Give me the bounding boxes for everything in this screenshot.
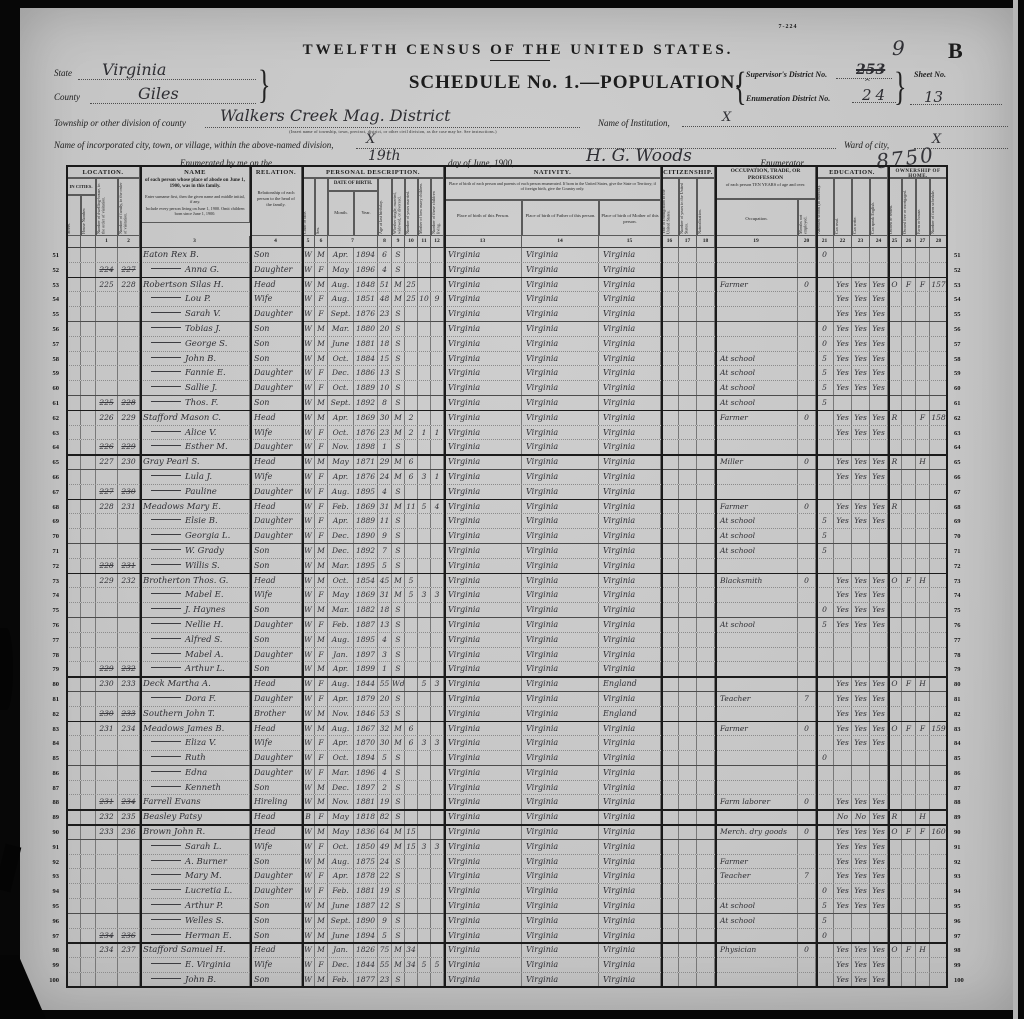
cell-color: W	[302, 707, 315, 721]
cell-free-mortgaged	[902, 751, 916, 765]
cell-months-not-employed: 7	[798, 692, 816, 706]
table-row: 66Lula J.WifeWFApr.187624M631VirginiaVir…	[42, 470, 972, 485]
cell-name: John B.	[140, 973, 250, 987]
cell-attended-school	[816, 795, 834, 809]
cell-children-living	[431, 381, 444, 395]
cell-can-write: Yes	[852, 795, 870, 809]
cell-can-write	[852, 440, 870, 454]
cell-occupation: Blacksmith	[715, 574, 798, 588]
cell-birth-year: 1881	[354, 884, 378, 898]
cell-dwelling: 227	[96, 485, 118, 499]
table-row: 52224227Anna G.DaughterWFMay18964SVirgin…	[42, 263, 972, 278]
line-number-right: 60	[948, 381, 970, 396]
cell-children-living	[431, 662, 444, 676]
cell-children-living	[431, 411, 444, 425]
cell-age: 24	[378, 855, 392, 869]
cell-occupation	[715, 307, 798, 321]
cell-can-speak	[870, 662, 888, 676]
in-cities-label: IN CITIES.	[66, 178, 96, 195]
cell-house	[81, 603, 96, 617]
cell-house	[81, 943, 96, 957]
cell-owned-rented	[888, 914, 902, 928]
state-label: State	[54, 68, 72, 78]
cell-pob: Virginia	[444, 707, 522, 721]
line-number-right: 76	[948, 618, 970, 633]
cell-marital: M	[392, 825, 405, 839]
surname-ditto-mark	[151, 934, 181, 935]
cell-birth-year: 1848	[354, 278, 378, 292]
cell-immigration	[661, 825, 679, 839]
cell-farm-house: F	[916, 278, 930, 292]
cell-owned-rented	[888, 529, 902, 543]
line-number-left: 75	[42, 603, 66, 618]
cell-can-write: Yes	[852, 884, 870, 898]
institution-line	[682, 126, 1008, 127]
table-row: 51Eaton Rex B.SonWMApr.18946SVirginiaVir…	[42, 248, 972, 263]
cell-free-mortgaged	[902, 781, 916, 795]
cell-marital: S	[392, 884, 405, 898]
line-number-right: 91	[948, 840, 970, 855]
cell-pob-mother: Virginia	[599, 899, 661, 913]
group-relation-title: RELATION.	[251, 166, 301, 176]
cell-children-living	[431, 943, 444, 957]
cell-farm-house	[916, 692, 930, 706]
cell-children-living: 3	[431, 588, 444, 602]
cell-can-speak: Yes	[870, 366, 888, 380]
cell-pob: Virginia	[444, 588, 522, 602]
cell-marital: Wd	[392, 677, 405, 691]
table-row: 77Alfred S.SonWMAug.18954SVirginiaVirgin…	[42, 633, 972, 648]
cell-children-living	[431, 707, 444, 721]
grid-heavy-vline	[715, 165, 717, 988]
cell-naturalization	[697, 352, 715, 366]
cell-family: 233	[118, 707, 140, 721]
cell-dwelling	[96, 869, 118, 883]
cell-pob: Virginia	[444, 278, 522, 292]
cell-color: W	[302, 766, 315, 780]
cell-years-married	[405, 810, 418, 824]
table-row: 53225228Robertson Silas H.HeadWMAug.1848…	[42, 278, 972, 293]
cell-street	[66, 766, 81, 780]
cell-name: Lucretia L.	[140, 884, 250, 898]
cell-free-mortgaged	[902, 633, 916, 647]
cell-naturalization	[697, 574, 715, 588]
cell-house	[81, 248, 96, 262]
institution-value: X	[722, 110, 731, 125]
cell-years-married	[405, 766, 418, 780]
cell-sex: M	[315, 943, 328, 957]
cell-pob: Virginia	[444, 929, 522, 943]
cell-immigration	[661, 352, 679, 366]
cell-dwelling: 234	[96, 929, 118, 943]
cell-years-married	[405, 322, 418, 336]
cell-years-married	[405, 914, 418, 928]
cell-age: 13	[378, 618, 392, 632]
cell-mother-of	[418, 603, 431, 617]
cell-street	[66, 795, 81, 809]
cell-name: Sarah V.	[140, 307, 250, 321]
cell-name: E. Virginia	[140, 958, 250, 972]
cell-relation: Wife	[250, 840, 302, 854]
cell-street	[66, 455, 81, 469]
cell-months-not-employed	[798, 751, 816, 765]
township-line	[205, 127, 580, 128]
cell-farm-house	[916, 869, 930, 883]
cell-occupation	[715, 588, 798, 602]
cell-immigration	[661, 855, 679, 869]
cell-years-in-us	[679, 899, 697, 913]
cell-birth-year: 1899	[354, 662, 378, 676]
cell-naturalization	[697, 396, 715, 410]
cell-pob-mother: England	[599, 707, 661, 721]
cell-pob-father: Virginia	[522, 633, 599, 647]
cell-relation: Son	[250, 337, 302, 351]
cell-pob-mother: Virginia	[599, 855, 661, 869]
cell-dwelling	[96, 352, 118, 366]
cell-family	[118, 292, 140, 306]
column-number: 11	[418, 236, 431, 248]
enumeration-line	[852, 102, 896, 103]
col-birth-month: Month.	[328, 191, 354, 236]
cell-street	[66, 559, 81, 573]
cell-farm-house	[916, 766, 930, 780]
cell-color: W	[302, 855, 315, 869]
col-marital: Whether single, married, widowed, or div…	[392, 178, 405, 236]
cell-relation: Daughter	[250, 766, 302, 780]
cell-marital: S	[392, 514, 405, 528]
cell-sex: F	[315, 500, 328, 514]
cell-birth-year: 1869	[354, 500, 378, 514]
line-number-right: 73	[948, 574, 970, 589]
surname-ditto-mark	[151, 445, 181, 446]
cell-years-married: 15	[405, 840, 418, 854]
cell-years-in-us	[679, 958, 697, 972]
line-number-right: 88	[948, 795, 970, 810]
cell-farm-house	[916, 795, 930, 809]
cell-house	[81, 485, 96, 499]
cell-years-married	[405, 248, 418, 262]
cell-dwelling: 229	[96, 662, 118, 676]
cell-birth-month: Feb.	[328, 618, 354, 632]
cell-farm-house	[916, 426, 930, 440]
cell-years-in-us	[679, 426, 697, 440]
cell-years-married	[405, 692, 418, 706]
cell-marital: S	[392, 633, 405, 647]
surname-ditto-mark	[151, 312, 181, 313]
cell-marital: S	[392, 366, 405, 380]
cell-marital: S	[392, 751, 405, 765]
cell-can-write	[852, 648, 870, 662]
cell-sex: M	[315, 662, 328, 676]
cell-street	[66, 825, 81, 839]
cell-sex: M	[315, 603, 328, 617]
cell-pob-mother: Virginia	[599, 633, 661, 647]
cell-can-speak: Yes	[870, 795, 888, 809]
cell-years-married	[405, 884, 418, 898]
cell-name: Lula J.	[140, 470, 250, 484]
cell-years-in-us	[679, 529, 697, 543]
cell-birth-month: Apr.	[328, 470, 354, 484]
cell-years-in-us	[679, 618, 697, 632]
cell-can-read: Yes	[834, 603, 852, 617]
col-attended-school: Attended school (in months).	[816, 178, 834, 236]
cell-house	[81, 810, 96, 824]
cell-occupation: Miller	[715, 455, 798, 469]
cell-pob: Virginia	[444, 307, 522, 321]
cell-can-read	[834, 648, 852, 662]
cell-age: 32	[378, 722, 392, 736]
cell-relation: Son	[250, 603, 302, 617]
line-number-right: 67	[948, 485, 970, 500]
cell-sex: F	[315, 588, 328, 602]
cell-years-married: 5	[405, 588, 418, 602]
cell-immigration	[661, 869, 679, 883]
cell-house	[81, 322, 96, 336]
cell-occupation	[715, 440, 798, 454]
surname-ditto-mark	[151, 357, 181, 358]
cell-farm-house	[916, 781, 930, 795]
cell-children-living	[431, 781, 444, 795]
cell-relation: Son	[250, 248, 302, 262]
cell-farm-house	[916, 588, 930, 602]
cell-owned-rented	[888, 292, 902, 306]
cell-free-mortgaged	[902, 766, 916, 780]
cell-can-speak: Yes	[870, 574, 888, 588]
column-number: 19	[715, 236, 798, 248]
cell-naturalization	[697, 736, 715, 750]
cell-dwelling	[96, 337, 118, 351]
line-number-left: 77	[42, 633, 66, 648]
cell-can-read	[834, 248, 852, 262]
cell-color: W	[302, 677, 315, 691]
cell-children-living	[431, 810, 444, 824]
cell-farm-house	[916, 958, 930, 972]
cell-occupation	[715, 736, 798, 750]
cell-sex: M	[315, 855, 328, 869]
cell-name: Ruth	[140, 751, 250, 765]
cell-naturalization	[697, 795, 715, 809]
cell-sex: M	[315, 973, 328, 987]
cell-name: A. Burner	[140, 855, 250, 869]
cell-relation: Son	[250, 973, 302, 987]
cell-attended-school: 0	[816, 603, 834, 617]
cell-relation: Son	[250, 396, 302, 410]
line-number-left: 67	[42, 485, 66, 500]
cell-birth-month: June	[328, 929, 354, 943]
cell-months-not-employed	[798, 855, 816, 869]
cell-pob-father: Virginia	[522, 958, 599, 972]
cell-street	[66, 943, 81, 957]
cell-can-write: Yes	[852, 899, 870, 913]
cell-farm-house	[916, 899, 930, 913]
cell-color: W	[302, 352, 315, 366]
cell-sex: F	[315, 366, 328, 380]
district-brace-left: {	[734, 64, 746, 111]
cell-name: Alice V.	[140, 426, 250, 440]
cell-free-mortgaged	[902, 381, 916, 395]
cell-attended-school	[816, 485, 834, 499]
table-row: 85RuthDaughterWFOct.18945SVirginiaVirgin…	[42, 751, 972, 766]
column-number: 7	[328, 236, 378, 248]
cell-birth-month: Mar.	[328, 603, 354, 617]
cell-can-write: Yes	[852, 692, 870, 706]
line-number-right: 64	[948, 440, 970, 455]
cell-sex: F	[315, 470, 328, 484]
cell-attended-school	[816, 766, 834, 780]
cell-months-not-employed	[798, 381, 816, 395]
cell-dwelling	[96, 322, 118, 336]
cell-occupation	[715, 751, 798, 765]
cell-age: 23	[378, 973, 392, 987]
table-row: 87KennethSonWMDec.18972SVirginiaVirginia…	[42, 781, 972, 796]
line-number-right: 95	[948, 899, 970, 914]
cell-color: W	[302, 470, 315, 484]
cell-pob-mother: Virginia	[599, 500, 661, 514]
line-number-left: 51	[42, 248, 66, 263]
cell-birth-month: Feb.	[328, 500, 354, 514]
cell-attended-school	[816, 500, 834, 514]
cell-farm-house	[916, 973, 930, 987]
cell-relation: Daughter	[250, 263, 302, 277]
cell-naturalization	[697, 662, 715, 676]
cell-sex: M	[315, 825, 328, 839]
cell-sex: M	[315, 352, 328, 366]
scan-artifact	[0, 844, 21, 893]
line-number-left: 85	[42, 751, 66, 766]
cell-family: 234	[118, 722, 140, 736]
cell-farm-house: H	[916, 455, 930, 469]
cell-months-not-employed: 0	[798, 278, 816, 292]
cell-can-write: Yes	[852, 603, 870, 617]
cell-street	[66, 278, 81, 292]
cell-can-read	[834, 781, 852, 795]
cell-birth-year: 1867	[354, 722, 378, 736]
cell-relation: Son	[250, 899, 302, 913]
cell-years-in-us	[679, 603, 697, 617]
cell-children-living	[431, 352, 444, 366]
cell-children-living	[431, 337, 444, 351]
cell-can-read: Yes	[834, 707, 852, 721]
cell-owned-rented	[888, 426, 902, 440]
cell-months-not-employed	[798, 958, 816, 972]
group-name-title: NAME	[141, 166, 249, 176]
surname-ditto-mark	[151, 845, 181, 846]
cell-can-write	[852, 633, 870, 647]
cell-occupation	[715, 426, 798, 440]
cell-birth-year: 1881	[354, 337, 378, 351]
cell-house	[81, 440, 96, 454]
cell-can-speak: Yes	[870, 707, 888, 721]
cell-immigration	[661, 958, 679, 972]
cell-dwelling: 226	[96, 440, 118, 454]
cell-color: W	[302, 795, 315, 809]
cell-color: W	[302, 943, 315, 957]
cell-farm-house	[916, 603, 930, 617]
scan-edge-strip	[1013, 0, 1018, 1019]
grid-heavy-vline	[661, 165, 663, 988]
district-brace-right: }	[894, 64, 906, 111]
surname-ditto-mark	[151, 371, 181, 372]
table-row: 83231234Meadows James B.HeadWMAug.186732…	[42, 722, 972, 737]
column-number: 4	[250, 236, 302, 248]
cell-family	[118, 751, 140, 765]
cell-birth-year: 1898	[354, 440, 378, 454]
cell-pob: Virginia	[444, 366, 522, 380]
cell-immigration	[661, 544, 679, 558]
cell-can-read: Yes	[834, 943, 852, 957]
cell-mother-of	[418, 692, 431, 706]
table-row: 63Alice V.WifeWFOct.187623M211VirginiaVi…	[42, 426, 972, 441]
cell-color: W	[302, 426, 315, 440]
cell-can-speak	[870, 440, 888, 454]
cell-attended-school	[816, 677, 834, 691]
line-number-left: 73	[42, 574, 66, 589]
group-name: NAME of each person whose place of abode…	[140, 165, 250, 223]
cell-family	[118, 633, 140, 647]
cell-occupation: At school	[715, 514, 798, 528]
cell-family	[118, 840, 140, 854]
cell-free-mortgaged	[902, 292, 916, 306]
cell-years-in-us	[679, 692, 697, 706]
cell-relation: Daughter	[250, 692, 302, 706]
cell-immigration	[661, 677, 679, 691]
cell-pob-mother: Virginia	[599, 869, 661, 883]
cell-pob-mother: Virginia	[599, 751, 661, 765]
cell-months-not-employed: 0	[798, 500, 816, 514]
cell-name: Eliza V.	[140, 736, 250, 750]
line-number-right: 66	[948, 470, 970, 485]
cell-name: John B.	[140, 352, 250, 366]
cell-can-speak	[870, 559, 888, 573]
cell-owned-rented	[888, 899, 902, 913]
cell-owned-rented: R	[888, 810, 902, 824]
cell-family	[118, 426, 140, 440]
cell-relation: Wife	[250, 736, 302, 750]
cell-owned-rented	[888, 662, 902, 676]
cell-mother-of: 3	[418, 470, 431, 484]
cell-name: Arthur P.	[140, 899, 250, 913]
cell-owned-rented: R	[888, 455, 902, 469]
cell-months-not-employed	[798, 588, 816, 602]
cell-occupation	[715, 322, 798, 336]
line-number-right: 96	[948, 914, 970, 929]
cell-color: W	[302, 307, 315, 321]
cell-color: W	[302, 958, 315, 972]
cell-children-living	[431, 307, 444, 321]
cell-owned-rented: R	[888, 411, 902, 425]
cell-free-mortgaged	[902, 869, 916, 883]
cell-color: W	[302, 603, 315, 617]
cell-attended-school	[816, 973, 834, 987]
cell-marital: M	[392, 411, 405, 425]
cell-pob: Virginia	[444, 840, 522, 854]
cell-family	[118, 884, 140, 898]
cell-mother-of	[418, 766, 431, 780]
cell-can-read	[834, 914, 852, 928]
cell-birth-year: 1844	[354, 677, 378, 691]
cell-dwelling: 228	[96, 500, 118, 514]
cell-age: 10	[378, 381, 392, 395]
cell-house	[81, 455, 96, 469]
cell-birth-month: Aug.	[328, 485, 354, 499]
cell-occupation: At school	[715, 352, 798, 366]
line-number-right: 79	[948, 662, 970, 677]
cell-name: Herman E.	[140, 929, 250, 943]
cell-pob-mother: Virginia	[599, 840, 661, 854]
cell-can-read: Yes	[834, 337, 852, 351]
group-occupation: OCCUPATION, TRADE, OR PROFESSION of each…	[715, 165, 816, 199]
cell-relation: Daughter	[250, 751, 302, 765]
